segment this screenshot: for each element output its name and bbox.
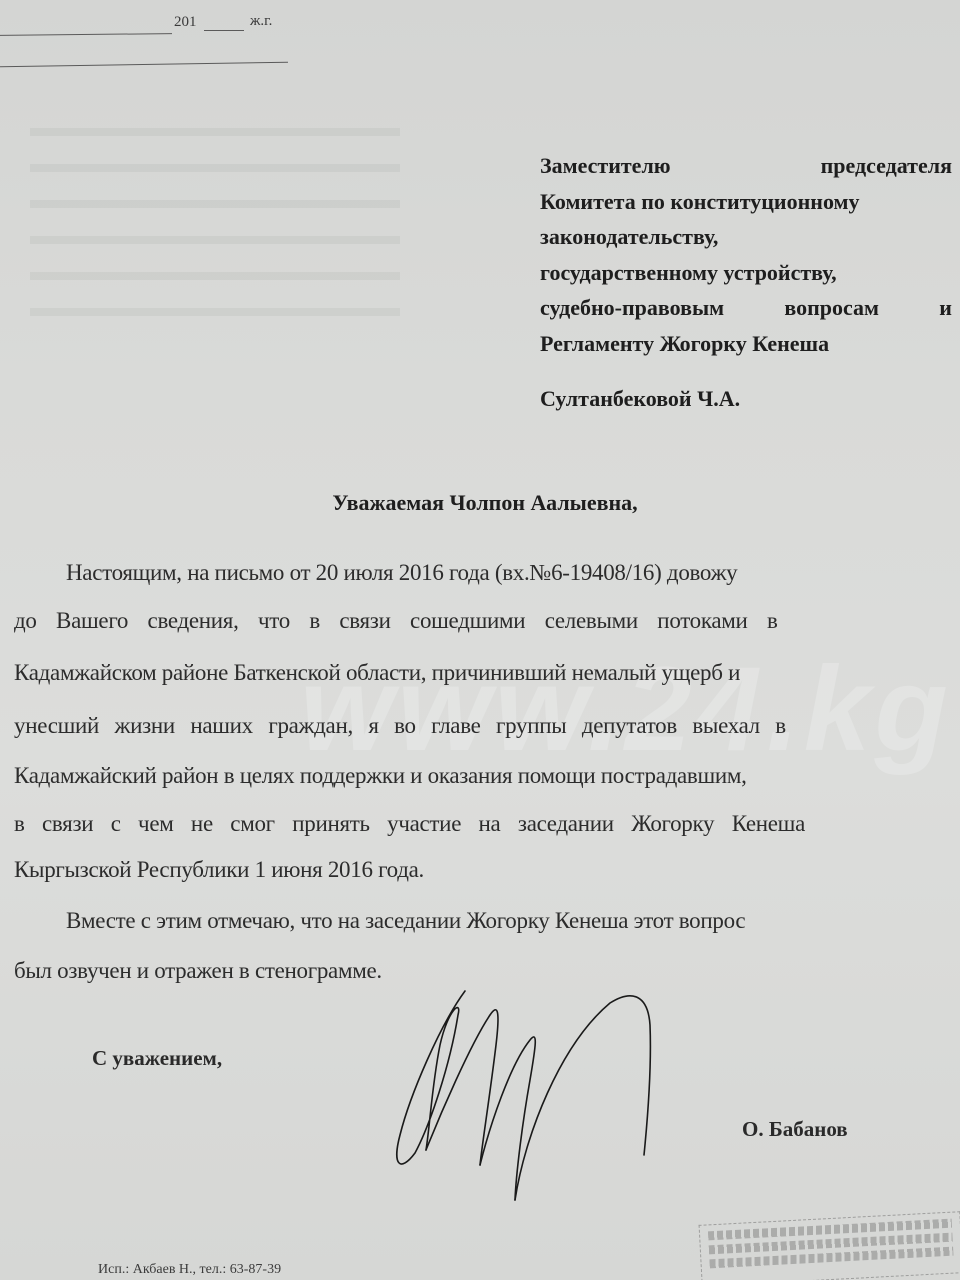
body-line: в связи с чем не смог принять участие на… [14,811,960,837]
recipient-line: законодательству, [540,219,952,255]
date-suffix: ж.г. [250,13,272,30]
body-line: Кадамжайском районе Баткенской области, … [14,660,960,686]
body-line: Кадамжайский район в целях поддержки и о… [14,763,960,789]
recipient-block: Заместителю председателя Комитета по кон… [540,148,952,361]
salutation: Уважаемая Чолпон Аалыевна, [0,490,960,516]
body-line: Кыргызской Республики 1 июня 2016 года. [14,857,960,883]
date-line-year [204,30,244,31]
reference-line [0,62,288,68]
body-line: Вместе с этим отмечаю, что на заседании … [66,908,960,934]
signer-name: О. Бабанов [742,1117,848,1142]
closing: С уважением, [92,1046,222,1071]
handwritten-signature [370,985,690,1215]
bleed-through-text [30,100,400,340]
registration-stamp [699,1211,960,1280]
recipient-line: судебно-правовым вопросам и [540,290,952,326]
recipient-line: Заместителю председателя [540,148,952,184]
date-year-stub: 201 [174,14,197,31]
recipient-line: государственному устройству, [540,255,952,291]
body-line: Настоящим, на письмо от 20 июля 2016 год… [66,560,960,586]
recipient-line: Регламенту Жогорку Кенеша [540,326,952,362]
body-line: был озвучен и отражен в стенограмме. [14,958,960,984]
recipient-line: Комитета по конституционному [540,184,952,220]
date-line-left [0,33,172,36]
body-line: унесший жизни наших граждан, я во главе … [14,713,960,739]
body-line: до Вашего сведения, что в связи сошедшим… [14,608,960,634]
recipient-name: Султанбековой Ч.А. [540,386,740,412]
scanned-letter: 201 ж.г. Заместителю председателя Комите… [0,0,960,1280]
executor-contact: Исп.: Акбаев Н., тел.: 63-87-39 [98,1262,281,1278]
